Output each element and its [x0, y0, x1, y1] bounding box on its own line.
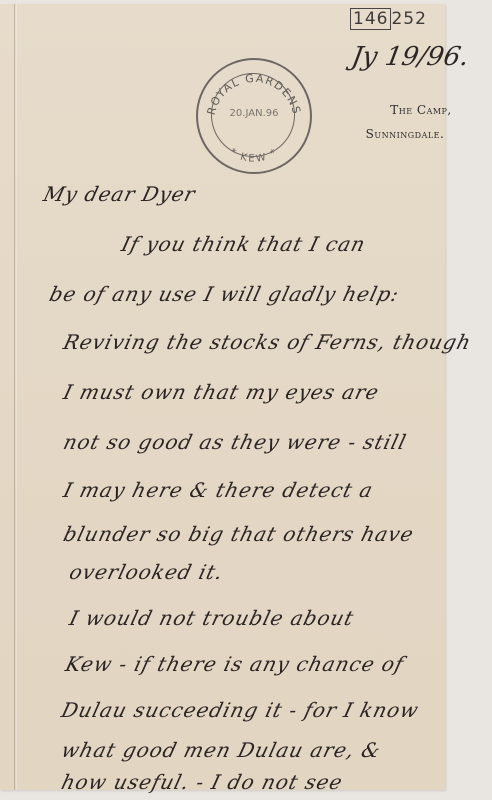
body-line: If you think that I can [119, 232, 368, 256]
archive-reference: 146252 [350, 8, 427, 30]
salutation: My dear Dyer [41, 182, 198, 206]
body-line: I must own that my eyes are [61, 380, 382, 404]
letterhead-line-1: The Camp, [366, 103, 476, 117]
body-line: how useful. - I do not see [59, 770, 346, 794]
handwritten-date: Jy 19/96. [349, 42, 471, 72]
letterhead-line-2: Sunningdale. [350, 127, 460, 141]
body-line: what good men Dulau are, & [59, 738, 384, 762]
body-line: blunder so big that others have [61, 522, 417, 546]
body-line: be of any use I will gladly help: [47, 282, 402, 306]
postmark-stamp: ROYAL GARDENS * KEW * 20.JAN.96 [196, 58, 312, 174]
archive-folio-number: 252 [391, 9, 426, 29]
body-line: Kew - if there is any chance of [63, 652, 407, 676]
body-line: Dulau succeeding it - for I know [59, 698, 422, 722]
body-line: I may here & there detect a [61, 478, 376, 502]
body-line: not so good as they were - still [61, 430, 409, 454]
archive-folio-boxed: 146 [350, 8, 391, 30]
page-fold-highlight [16, 4, 17, 790]
body-line: overlooked it. [67, 560, 226, 584]
body-line: Reviving the stocks of Ferns, though [61, 330, 474, 354]
page-fold-line [14, 4, 15, 790]
body-line: I would not trouble about [67, 606, 357, 630]
stamp-date: 20.JAN.96 [198, 108, 310, 119]
